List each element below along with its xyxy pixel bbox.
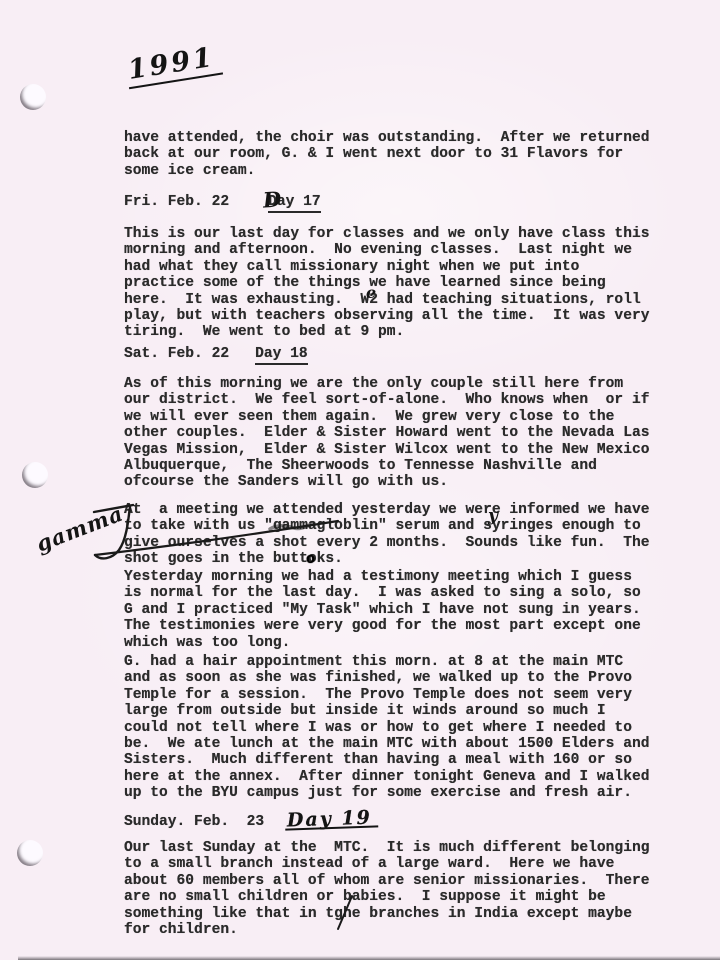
handwritten-d-correction: D — [262, 186, 282, 212]
entry-date-day19: Sunday. Feb. 23 — [124, 814, 264, 830]
scan-bottom-edge — [18, 956, 720, 960]
punch-hole-bottom — [17, 840, 43, 866]
journal-scan-page: 1991 have attended, the choir was outsta… — [0, 0, 720, 960]
entry-day-label-day18: Day 18 — [255, 346, 308, 365]
paragraph-testimony: Yesterday morning we had a testimony mee… — [124, 569, 641, 651]
handwritten-o-overstrike: o — [306, 551, 315, 568]
entry-heading-day17: Fri. Feb. 22Day 17 — [124, 194, 321, 210]
paragraph-temple: G. had a hair appointment this morn. at … — [124, 654, 649, 802]
entry-heading-day19: Sunday. Feb. 23Day 19 — [124, 812, 378, 830]
handwritten-y-correction: y — [488, 506, 498, 526]
paragraph-day17: This is our last day for classes and we … — [124, 226, 649, 341]
entry-heading-day18: Sat. Feb. 22Day 18 — [124, 346, 308, 362]
punch-hole-middle — [22, 462, 48, 488]
paragraph-serum: At a meeting we attended yesterday we we… — [124, 502, 649, 568]
paragraph-day18: As of this morning we are the only coupl… — [124, 376, 649, 491]
paragraph-intro: have attended, the choir was outstanding… — [124, 130, 649, 179]
punch-hole-top — [20, 84, 46, 110]
handwritten-year: 1991 — [124, 41, 223, 89]
handwritten-day-label-day19: Day 19 — [285, 810, 378, 830]
entry-date-day18: Sat. Feb. 22 — [124, 346, 229, 362]
handwritten-e-correction: e — [366, 283, 376, 302]
entry-date-day17: Fri. Feb. 22 — [124, 194, 229, 210]
handwritten-margin-note-gamma: gamma — [33, 500, 127, 556]
paragraph-sunday: Our last Sunday at the MTC. It is much d… — [124, 840, 649, 938]
